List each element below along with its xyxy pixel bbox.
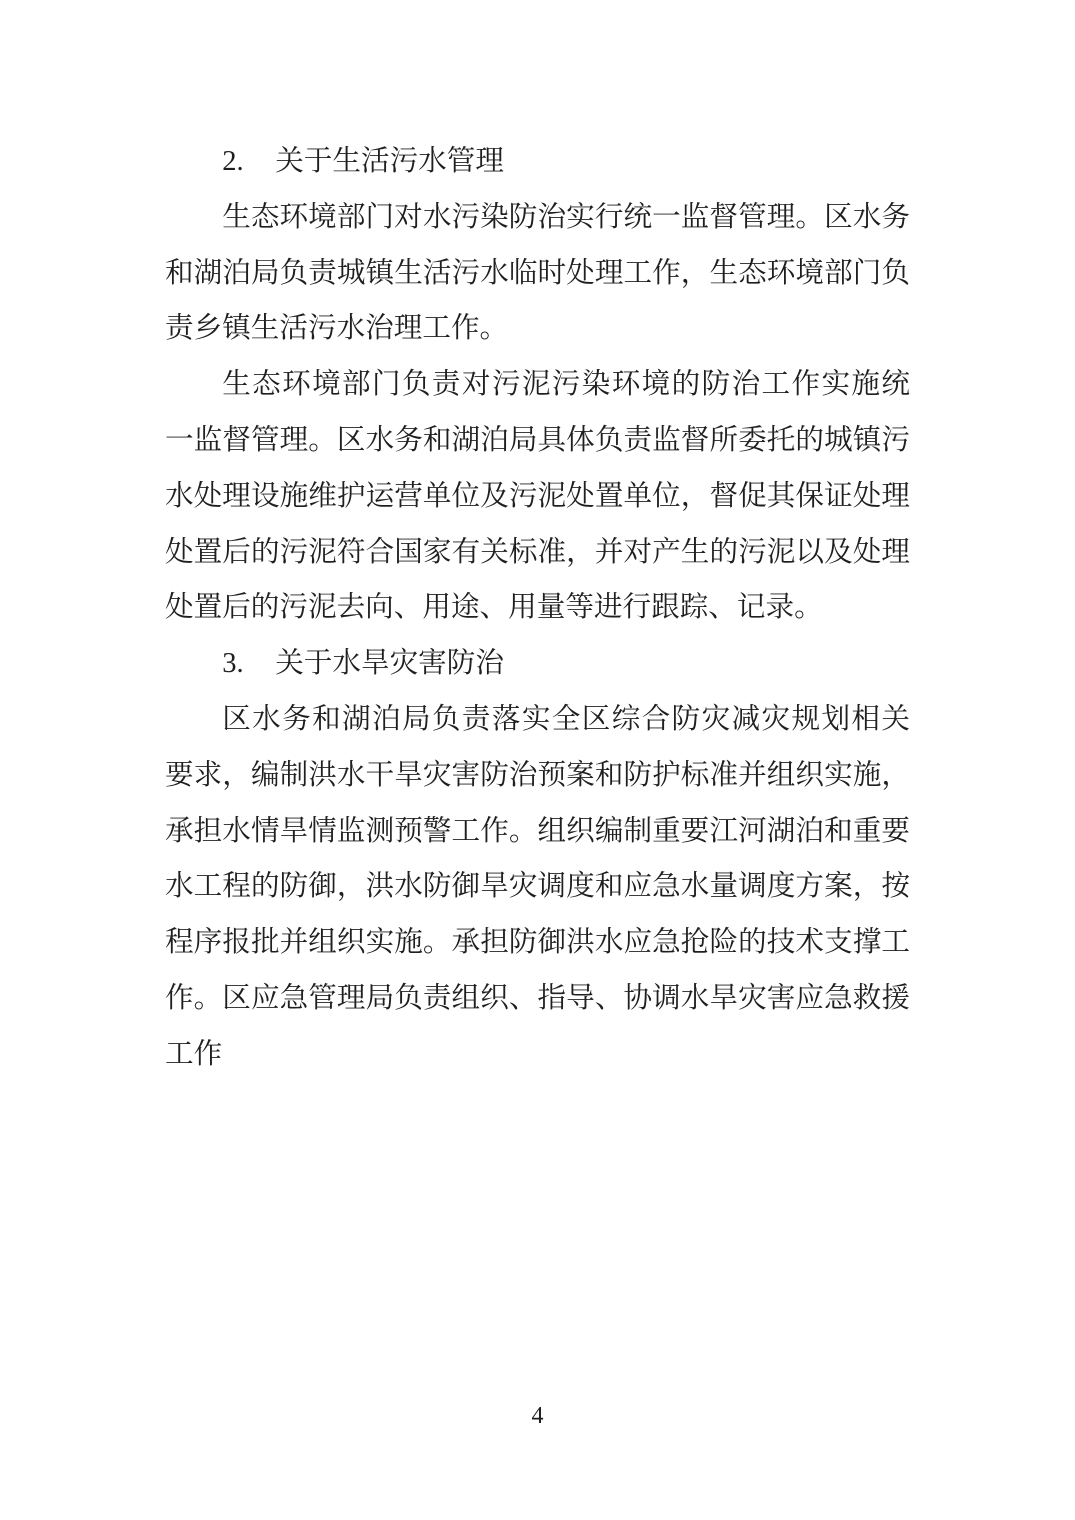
- page-number: 4: [532, 1403, 544, 1429]
- text-line: 程序报批并组织实施。承担防御洪水应急抢险的技术支撑工: [165, 915, 910, 971]
- text-line: 要求，编制洪水干旱灾害防治预案和防护标准并组织实施，: [165, 748, 910, 804]
- text-line: 处置后的污泥去向、用途、用量等进行跟踪、记录。: [165, 580, 910, 636]
- section-heading: 3.关于水旱灾害防治: [165, 636, 910, 692]
- section-title: 关于水旱灾害防治: [275, 648, 504, 679]
- section-title: 关于生活污水管理: [275, 146, 504, 177]
- text-line: 和湖泊局负责城镇生活污水临时处理工作，生态环境部门负: [165, 246, 910, 302]
- text-line: 责乡镇生活污水治理工作。: [165, 301, 910, 357]
- text-line: 生态环境部门对水污染防治实行统一监督管理。区水务: [165, 190, 910, 246]
- document-body: 2.关于生活污水管理生态环境部门对水污染防治实行统一监督管理。区水务和湖泊局负责…: [165, 134, 910, 1083]
- text-line: 承担水情旱情监测预警工作。组织编制重要江河湖泊和重要: [165, 804, 910, 860]
- text-line: 区水务和湖泊局负责落实全区综合防灾减灾规划相关: [165, 692, 910, 748]
- document-page: 2.关于生活污水管理生态环境部门对水污染防治实行统一监督管理。区水务和湖泊局负责…: [0, 0, 1075, 1520]
- page-footer: 4: [0, 1402, 1075, 1430]
- text-line: 处置后的污泥符合国家有关标准，并对产生的污泥以及处理: [165, 525, 910, 581]
- text-line: 水处理设施维护运营单位及污泥处置单位，督促其保证处理: [165, 469, 910, 525]
- text-line: 作。区应急管理局负责组织、指导、协调水旱灾害应急救援: [165, 971, 910, 1027]
- section-heading: 2.关于生活污水管理: [165, 134, 910, 190]
- section-number: 3.: [222, 636, 275, 692]
- text-line: 一监督管理。区水务和湖泊局具体负责监督所委托的城镇污: [165, 413, 910, 469]
- text-line: 生态环境部门负责对污泥污染环境的防治工作实施统: [165, 357, 910, 413]
- paragraph: 生态环境部门对水污染防治实行统一监督管理。区水务和湖泊局负责城镇生活污水临时处理…: [165, 190, 910, 357]
- paragraph: 区水务和湖泊局负责落实全区综合防灾减灾规划相关要求，编制洪水干旱灾害防治预案和防…: [165, 692, 910, 1083]
- text-line: 工作: [165, 1027, 910, 1083]
- text-line: 水工程的防御，洪水防御旱灾调度和应急水量调度方案，按: [165, 859, 910, 915]
- section-number: 2.: [222, 134, 275, 190]
- paragraph: 生态环境部门负责对污泥污染环境的防治工作实施统一监督管理。区水务和湖泊局具体负责…: [165, 357, 910, 636]
